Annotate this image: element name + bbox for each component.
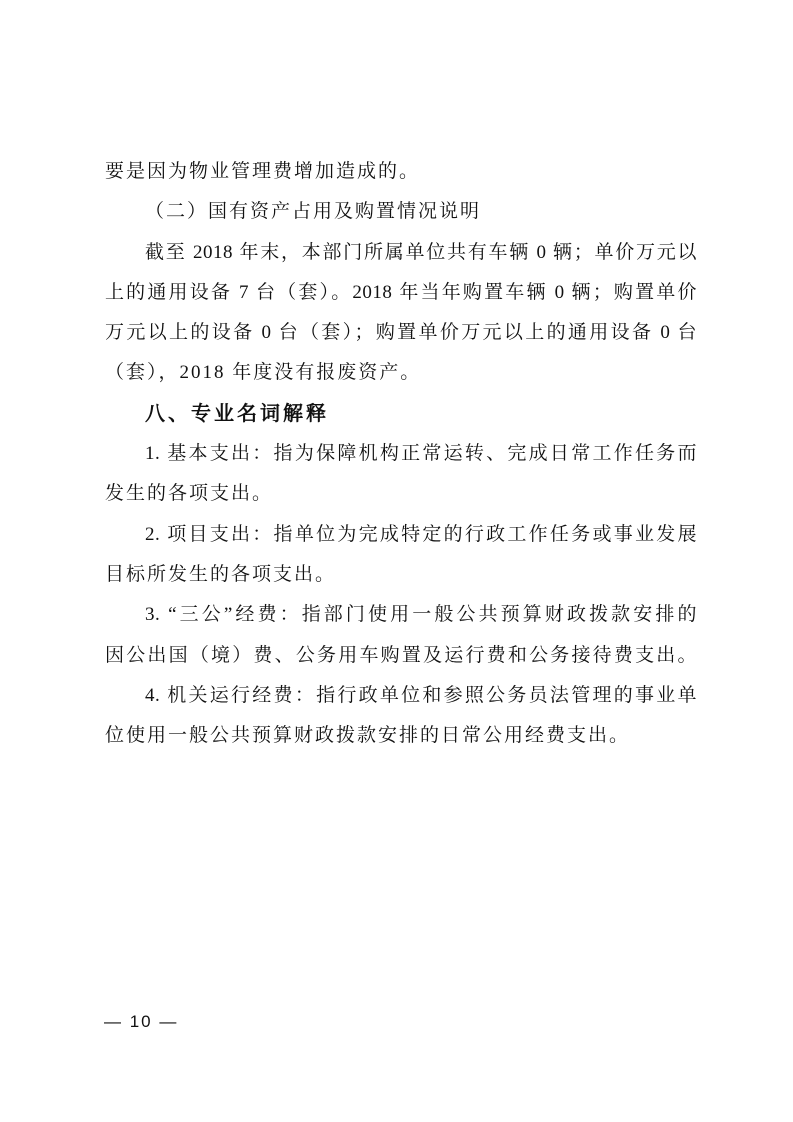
text-line: 要是因为物业管理费增加造成的。 xyxy=(105,152,697,192)
page-number: — 10 — xyxy=(104,1012,178,1032)
text-line: 3. “三公”经费：指部门使用一般公共预算财政拨款安排的 xyxy=(105,595,697,635)
text-line: 位使用一般公共预算财政拨款安排的日常公用经费支出。 xyxy=(105,716,697,756)
text-line: （二）国有资产占用及购置情况说明 xyxy=(105,192,697,232)
text-line: （套），2018 年度没有报废资产。 xyxy=(105,353,697,393)
text-line: 2. 项目支出：指单位为完成特定的行政工作任务或事业发展 xyxy=(105,515,697,555)
text-line: 目标所发生的各项支出。 xyxy=(105,555,697,595)
text-line: 截至 2018 年末，本部门所属单位共有车辆 0 辆；单价万元以 xyxy=(105,233,697,273)
text-line: 上的通用设备 7 台（套）。2018 年当年购置车辆 0 辆；购置单价 xyxy=(105,273,697,313)
section-heading: 八、专业名词解释 xyxy=(105,394,697,434)
text-line: 1. 基本支出：指为保障机构正常运转、完成日常工作任务而 xyxy=(105,434,697,474)
text-line: 万元以上的设备 0 台（套）；购置单价万元以上的通用设备 0 台 xyxy=(105,313,697,353)
document-page: 要是因为物业管理费增加造成的。（二）国有资产占用及购置情况说明截至 2018 年… xyxy=(0,0,793,1122)
document-text: 要是因为物业管理费增加造成的。（二）国有资产占用及购置情况说明截至 2018 年… xyxy=(105,152,697,756)
text-line: 4. 机关运行经费：指行政单位和参照公务员法管理的事业单 xyxy=(105,676,697,716)
text-line: 发生的各项支出。 xyxy=(105,474,697,514)
text-line: 因公出国（境）费、公务用车购置及运行费和公务接待费支出。 xyxy=(105,636,697,676)
